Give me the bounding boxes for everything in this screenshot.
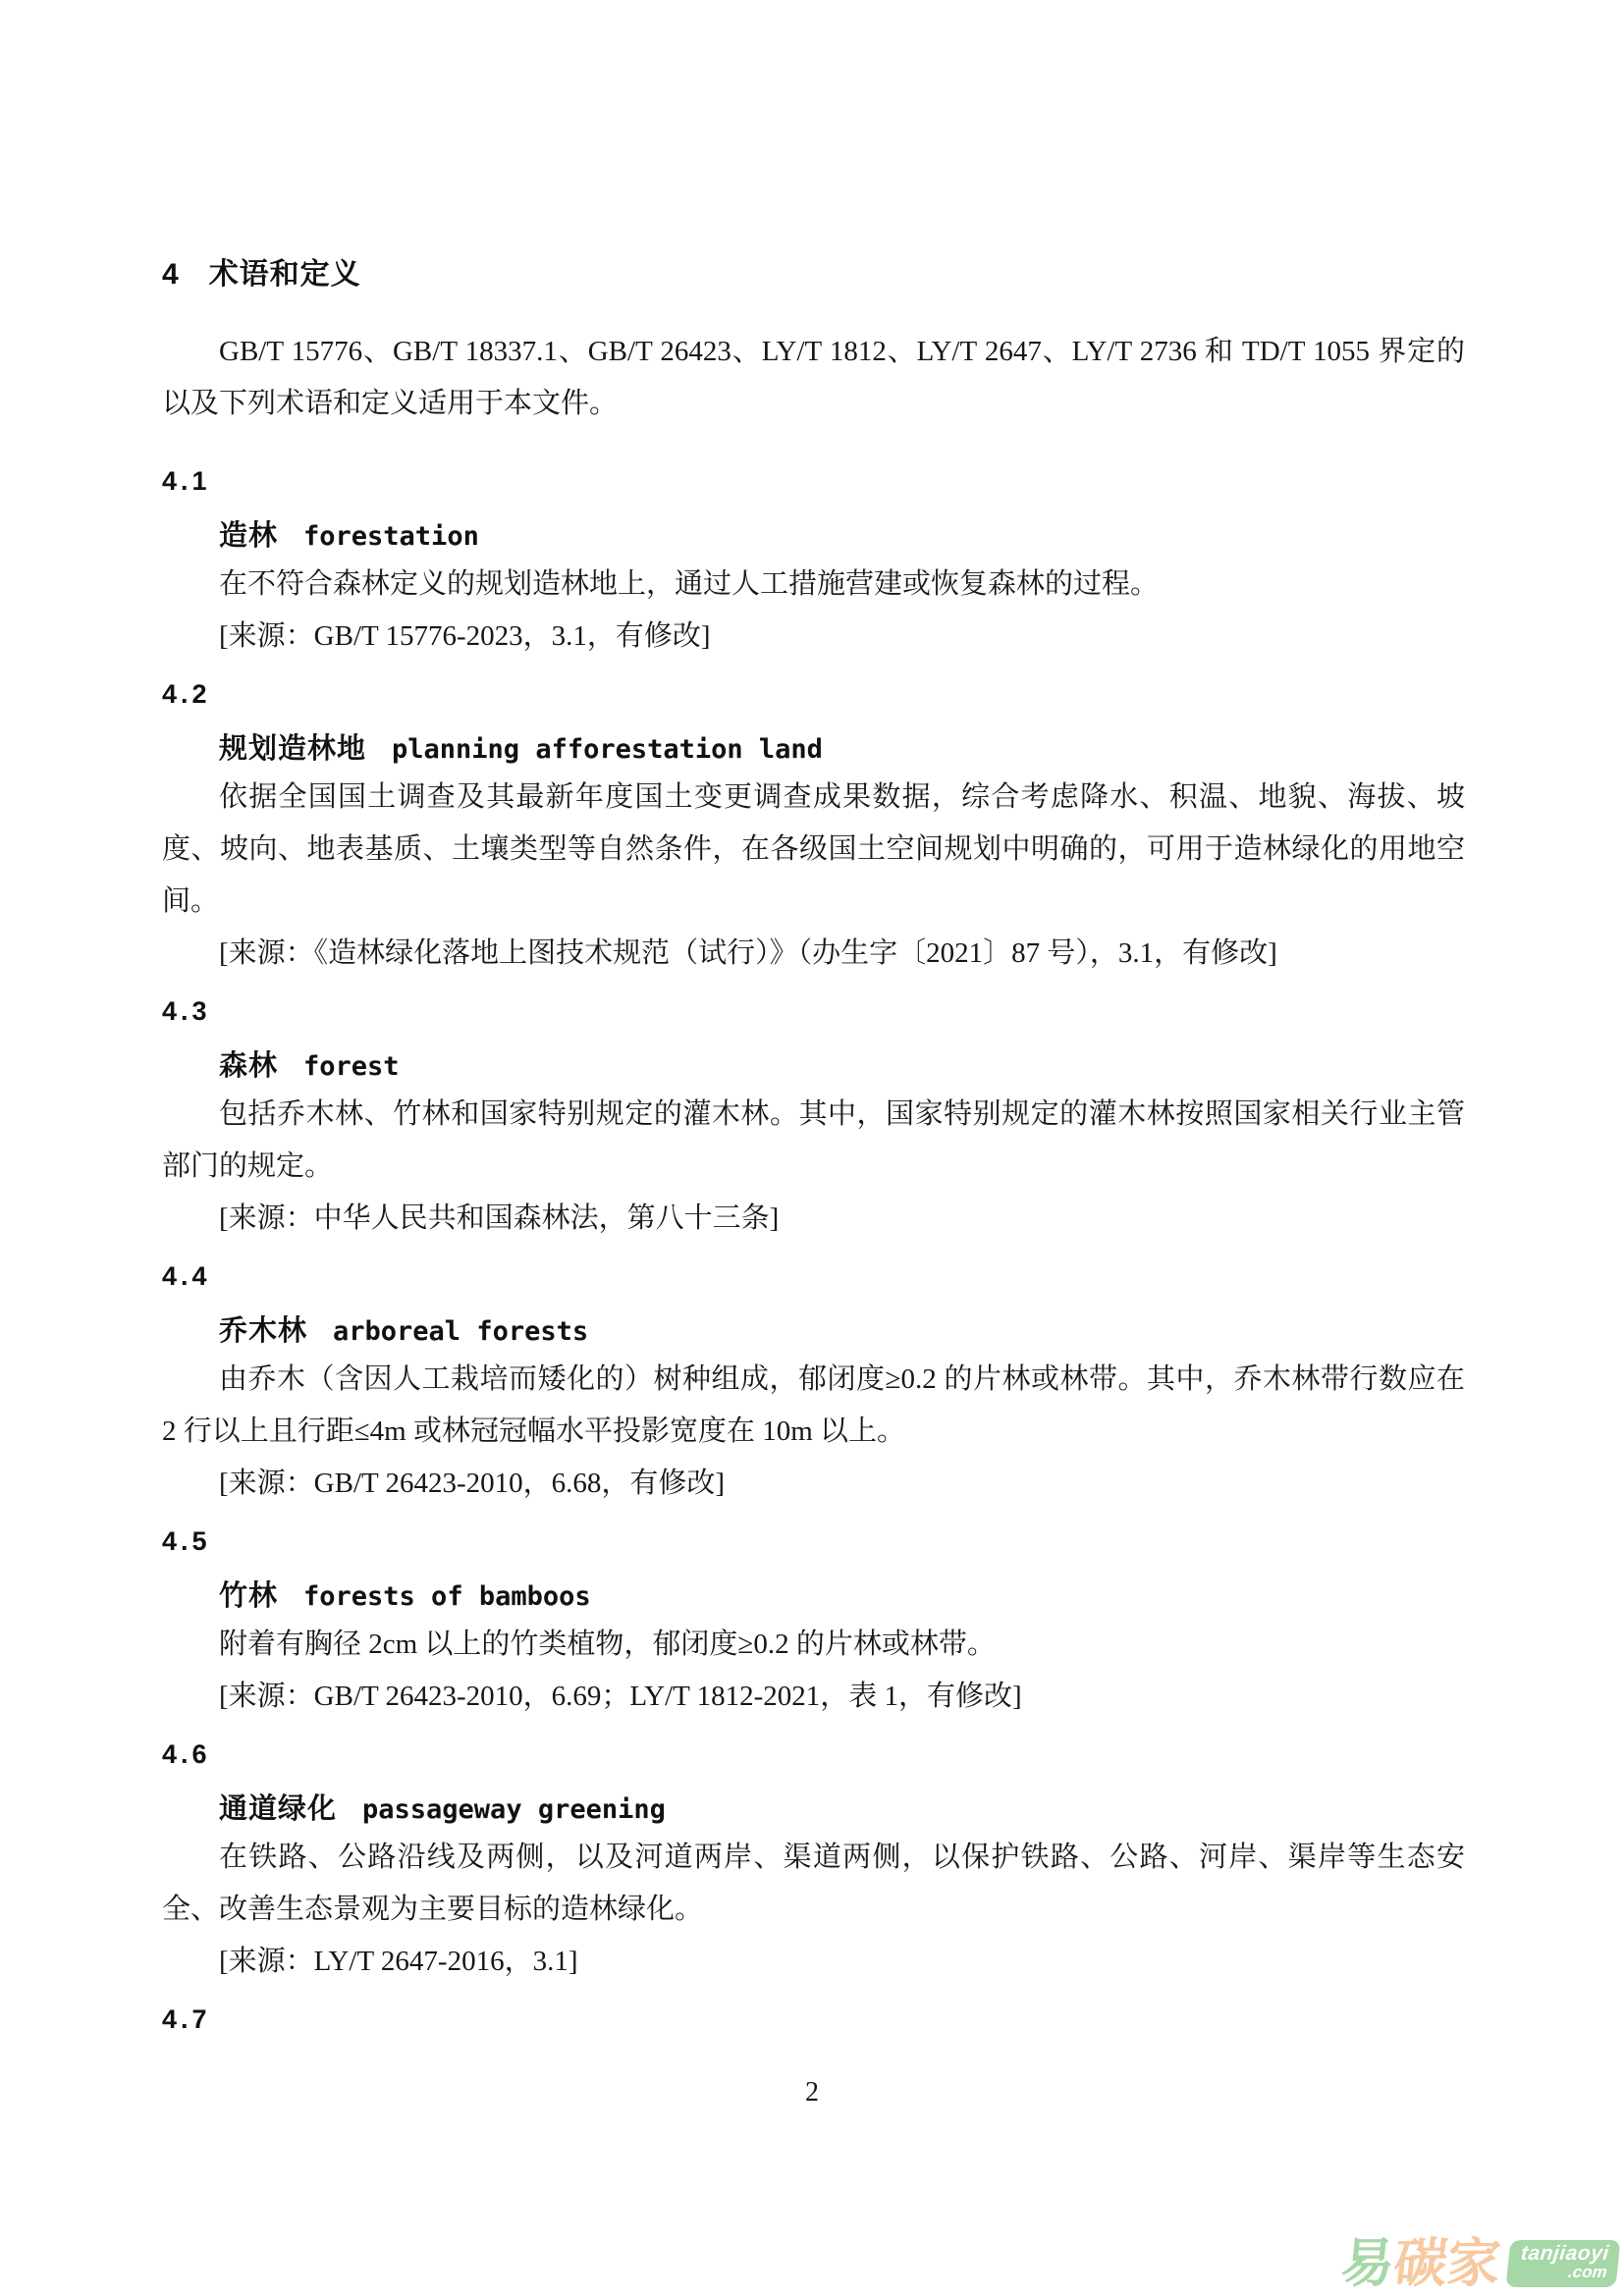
watermark-logo: 易 碳 家 tanjiaoyi .com <box>1341 2235 1618 2292</box>
page-number: 2 <box>0 2073 1624 2112</box>
clause-number: 4.4 <box>162 1256 1465 1296</box>
section-heading: 4术语和定义 <box>162 255 1465 294</box>
term-definition: 包括乔木林、竹林和国家特别规定的灌木林。其中，国家特别规定的灌木林按照国家相关行… <box>162 1089 1465 1193</box>
term-heading: 通道绿化passageway greening <box>162 1788 1465 1832</box>
term-source: [来源：中华人民共和国森林法，第八十三条] <box>162 1193 1465 1245</box>
term-section-4-6: 4.6 通道绿化passageway greening 在铁路、公路沿线及两侧，… <box>162 1735 1465 1988</box>
term-section-4-1: 4.1 造林forestation 在不符合森林定义的规划造林地上，通过人工措施… <box>162 461 1465 663</box>
term-source: [来源：LY/T 2647-2016，3.1] <box>162 1936 1465 1988</box>
term-definition: 在铁路、公路沿线及两侧，以及河道两岸、渠道两侧，以保护铁路、公路、河岸、渠岸等生… <box>162 1832 1465 1936</box>
term-source: [来源：《造林绿化落地上图技术规范（试行）》（办生字〔2021〕87 号），3.… <box>162 928 1465 980</box>
term-source: [来源：GB/T 26423-2010，6.69；LY/T 1812-2021，… <box>162 1671 1465 1723</box>
watermark-char-jia: 家 <box>1444 2235 1503 2292</box>
term-section-4-4: 4.4 乔木林arboreal forests 由乔木（含因人工栽培而矮化的）树… <box>162 1256 1465 1510</box>
term-zh: 竹林 <box>219 1580 278 1612</box>
clause-number: 4.6 <box>162 1735 1465 1774</box>
term-definition: 依据全国国土调查及其最新年度国土变更调查成果数据，综合考虑降水、积温、地貌、海拔… <box>162 772 1465 928</box>
watermark-domain-badge: tanjiaoyi .com <box>1506 2240 1621 2287</box>
term-heading: 乔木林arboreal forests <box>162 1309 1465 1354</box>
intro-paragraph: GB/T 15776、GB/T 18337.1、GB/T 26423、LY/T … <box>162 326 1465 430</box>
clause-number: 4.7 <box>162 2000 1465 2039</box>
document-page: 4术语和定义 GB/T 15776、GB/T 18337.1、GB/T 2642… <box>0 0 1624 2296</box>
term-heading: 规划造林地planning afforestation land <box>162 727 1465 772</box>
term-en: arboreal forests <box>333 1316 588 1347</box>
term-section-4-5: 4.5 竹林forests of bamboos 附着有胸径 2cm 以上的竹类… <box>162 1522 1465 1723</box>
term-section-4-7: 4.7 <box>162 2000 1465 2039</box>
term-heading: 森林forest <box>162 1044 1465 1089</box>
term-zh: 规划造林地 <box>219 733 366 765</box>
term-heading: 竹林forests of bamboos <box>162 1575 1465 1619</box>
term-source: [来源：GB/T 26423-2010，6.68，有修改] <box>162 1458 1465 1510</box>
term-zh: 乔木林 <box>219 1315 307 1347</box>
watermark-char-yi: 易 <box>1338 2235 1397 2292</box>
term-zh: 造林 <box>219 520 278 552</box>
term-source: [来源：GB/T 15776-2023，3.1，有修改] <box>162 611 1465 663</box>
section-title: 术语和定义 <box>209 258 361 291</box>
watermark-domain-tld: .com <box>1567 2264 1608 2282</box>
term-definition: 附着有胸径 2cm 以上的竹类植物，郁闭度≥0.2 的片林或林带。 <box>162 1619 1465 1671</box>
term-zh: 通道绿化 <box>219 1793 337 1825</box>
term-section-4-3: 4.3 森林forest 包括乔木林、竹林和国家特别规定的灌木林。其中，国家特别… <box>162 991 1465 1245</box>
term-en: forestation <box>303 521 479 552</box>
section-number: 4 <box>162 258 180 291</box>
clause-number: 4.5 <box>162 1522 1465 1561</box>
clause-number: 4.1 <box>162 461 1465 501</box>
term-en: forests of bamboos <box>303 1581 591 1612</box>
term-en: forest <box>303 1051 400 1082</box>
page-content: 4术语和定义 GB/T 15776、GB/T 18337.1、GB/T 2642… <box>162 236 1465 2039</box>
term-definition: 由乔木（含因人工栽培而矮化的）树种组成，郁闭度≥0.2 的片林或林带。其中，乔木… <box>162 1354 1465 1458</box>
term-en: planning afforestation land <box>392 734 823 765</box>
term-en: passageway greening <box>362 1794 666 1825</box>
watermark-char-tan: 碳 <box>1391 2235 1450 2292</box>
term-zh: 森林 <box>219 1050 278 1082</box>
term-definition: 在不符合森林定义的规划造林地上，通过人工措施营建或恢复森林的过程。 <box>162 559 1465 611</box>
watermark-domain-name: tanjiaoyi <box>1520 2242 1610 2265</box>
clause-number: 4.2 <box>162 674 1465 714</box>
term-heading: 造林forestation <box>162 514 1465 559</box>
term-section-4-2: 4.2 规划造林地planning afforestation land 依据全… <box>162 674 1465 980</box>
clause-number: 4.3 <box>162 991 1465 1031</box>
